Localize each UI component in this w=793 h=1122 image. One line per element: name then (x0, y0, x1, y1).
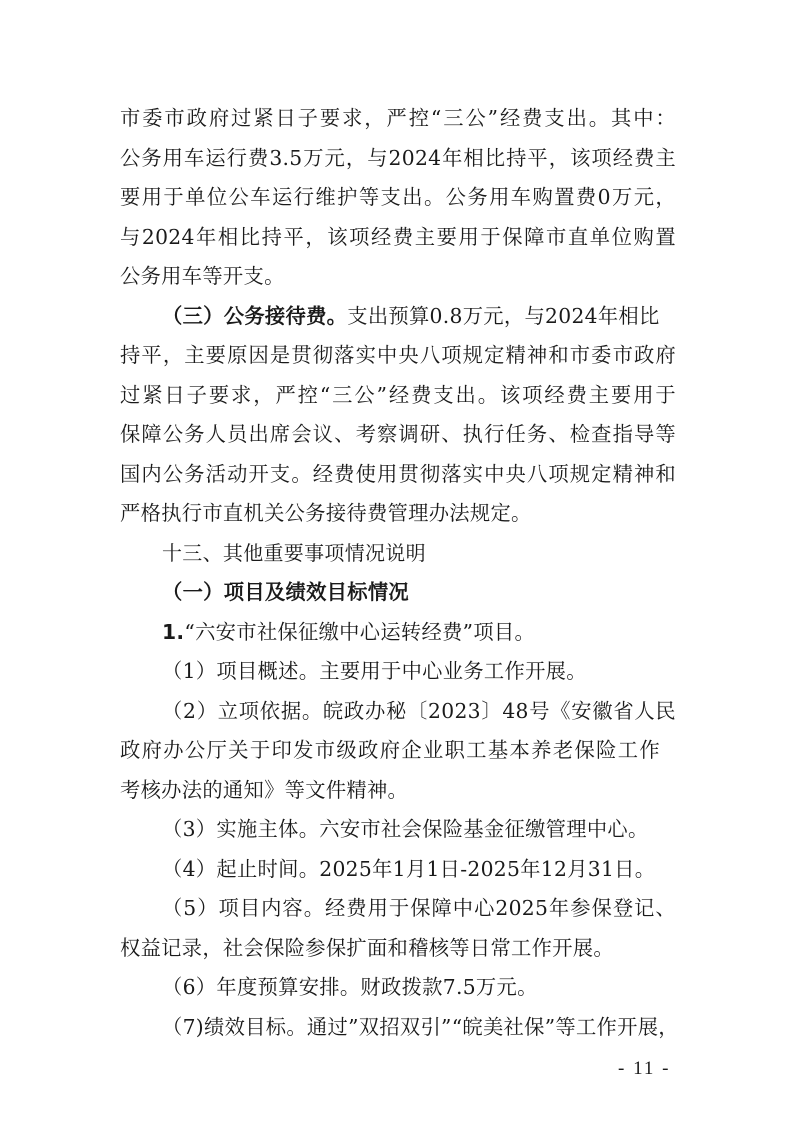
paragraph-line: 持平，主要原因是贯彻落实中央八项规定精神和市委市政府 (120, 340, 676, 370)
paragraph-line: 公务用车运行费3.5万元，与2024年相比持平，该项经费主 (120, 143, 676, 173)
section-13-heading: 十三、其他重要事项情况说明 (162, 538, 722, 568)
project-item: （5）项目内容。经费用于保障中心2025年参保登记、 (162, 893, 676, 923)
paragraph-line: 严格执行市直机关公务接待费管理办法规定。 (120, 498, 680, 528)
section-3-text: 支出预算0.8万元，与2024年相比 (347, 304, 659, 328)
paragraph-line: 与2024年相比持平，该项经费主要用于保障市直单位购置 (120, 222, 676, 252)
project-1-title: 1.“六安市社保征缴中心运转经费”项目。 (162, 617, 722, 647)
project-item-continued: 考核办法的通知》等文件精神。 (120, 775, 680, 805)
project-title: “六安市社保征缴中心运转经费”项目。 (184, 620, 535, 644)
section-3-heading: （三）公务接待费。 (162, 304, 347, 328)
project-item: （6）年度预算安排。财政拨款7.5万元。 (162, 972, 722, 1002)
subsection-1-heading: （一）项目及绩效目标情况 (162, 577, 722, 607)
section-3-first-line: （三）公务接待费。支出预算0.8万元，与2024年相比 (162, 301, 682, 331)
project-item: （3）实施主体。六安市社会保险基金征缴管理中心。 (162, 814, 722, 844)
paragraph-line: 保障公务人员出席会议、考察调研、执行任务、检查指导等 (120, 419, 676, 449)
project-item: （4）起止时间。2025年1月1日-2025年12月31日。 (162, 854, 722, 884)
project-item: （1）项目概述。主要用于中心业务工作开展。 (162, 656, 722, 686)
project-item-continued: 政府办公厅关于印发市级政府企业职工基本养老保险工作 (120, 735, 660, 765)
project-item-continued: 权益记录，社会保险参保扩面和稽核等日常工作开展。 (120, 933, 680, 963)
project-number: 1. (162, 620, 184, 644)
document-page: 市委市政府过紧日子要求，严控“三公”经费支出。其中： 公务用车运行费3.5万元，… (0, 0, 793, 1122)
project-item: （7)绩效目标。通过”双招双引”“皖美社保”等工作开展， (162, 1012, 676, 1042)
paragraph-line: 市委市政府过紧日子要求，严控“三公”经费支出。其中： (120, 103, 676, 133)
page-number: - 11 - (618, 1058, 670, 1080)
paragraph-line: 国内公务活动开支。经费使用贯彻落实中央八项规定精神和 (120, 459, 676, 489)
paragraph-line: 要用于单位公车运行维护等支出。公务用车购置费0万元， (120, 182, 676, 212)
paragraph-line: 过紧日子要求，严控“三公”经费支出。该项经费主要用于 (120, 380, 676, 410)
project-item: （2）立项依据。皖政办秘〔2023〕48号《安徽省人民 (162, 696, 676, 726)
paragraph-line: 公务用车等开支。 (120, 261, 680, 291)
